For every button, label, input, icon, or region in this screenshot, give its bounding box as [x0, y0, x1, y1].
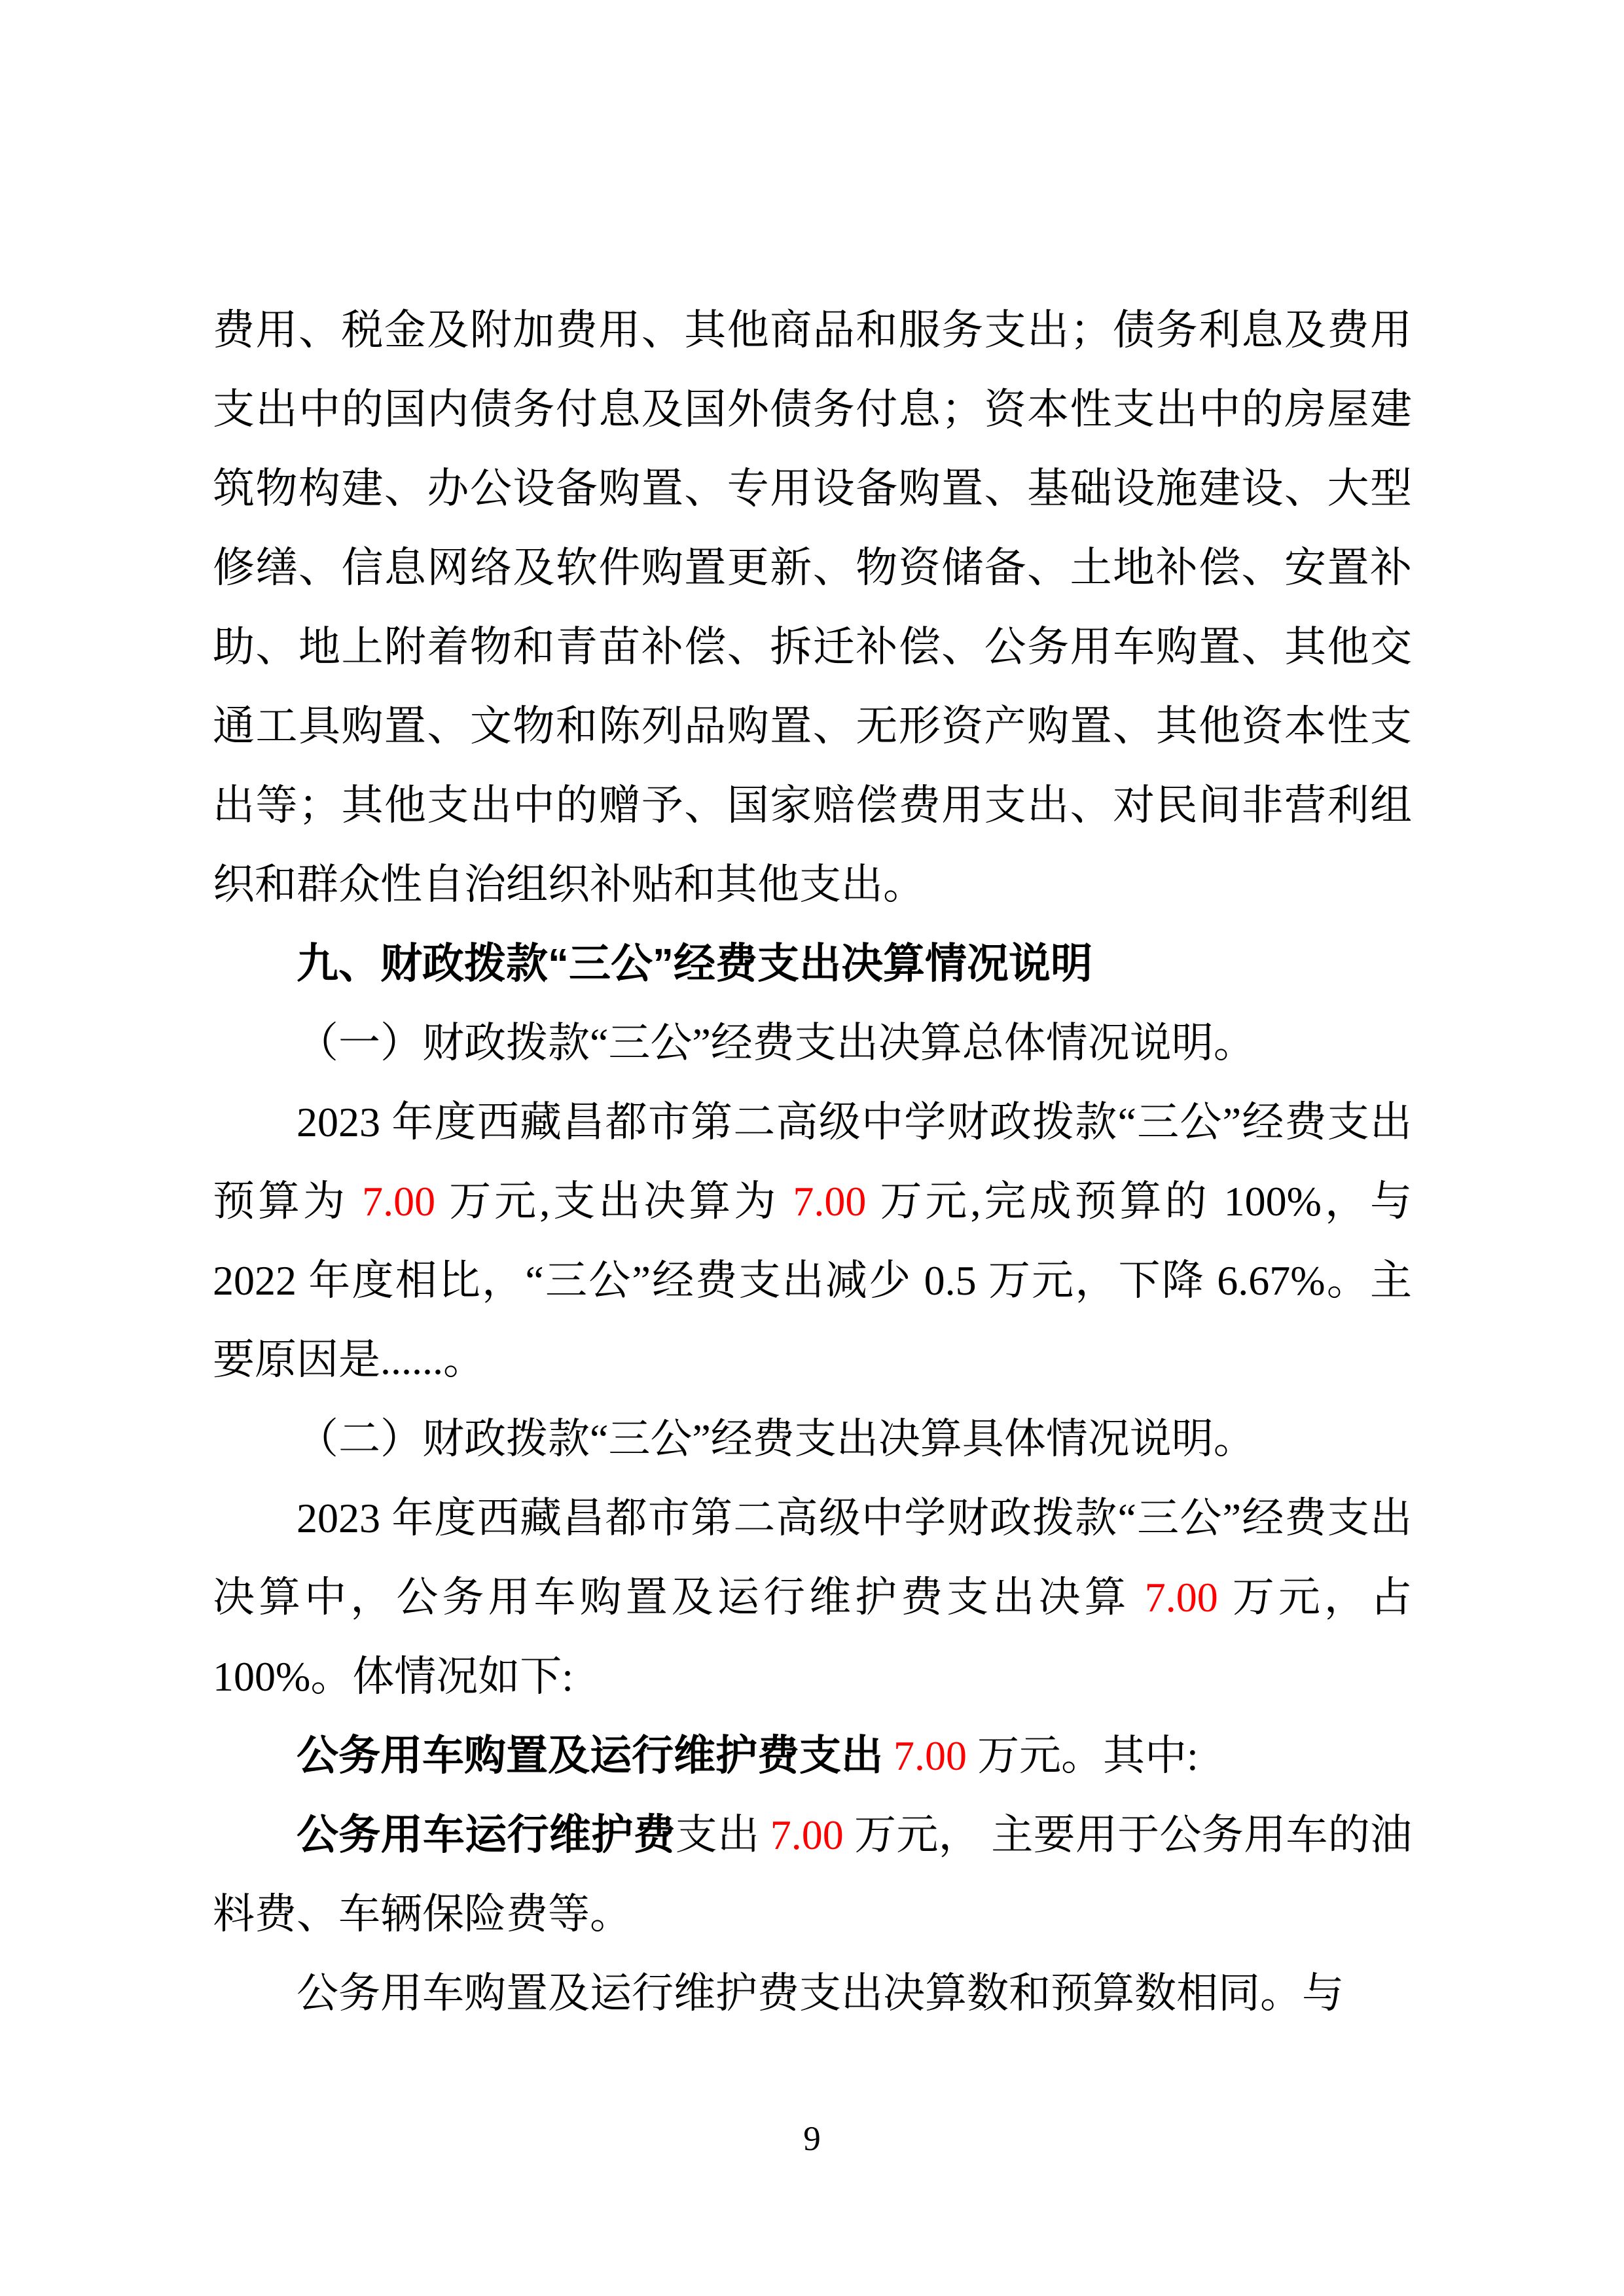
text-run: 万元。其中: — [967, 1732, 1199, 1779]
paragraph-vehicle-maintenance: 公务用车运行维护费支出 7.00 万元， 主要用于公务用车的油料费、车辆保险费等… — [213, 1795, 1412, 1954]
section-heading-nine: 九、财政拨款“三公”经费支出决算情况说明 — [213, 924, 1412, 1003]
final-amount-value: 7.00 — [793, 1178, 866, 1225]
paragraph-overall-explanation: 2023 年度西藏昌都市第二高级中学财政拨款“三公”经费支出预算为 7.00 万… — [213, 1083, 1412, 1399]
budget-amount-value: 7.00 — [362, 1178, 435, 1225]
vehicle-maintenance-lead: 公务用车运行维护费 — [297, 1812, 676, 1858]
document-body: 费用、税金及附加费用、其他商品和服务支出；债务利息及费用支出中的国内债务付息及国… — [213, 291, 1412, 2033]
text-run: 万元,支出决算为 — [435, 1178, 793, 1225]
vehicle-maintenance-value: 7.00 — [770, 1812, 844, 1858]
text-run: 支出 — [676, 1812, 770, 1858]
vehicle-expense-value: 7.00 — [1145, 1574, 1218, 1621]
document-page: 费用、税金及附加费用、其他商品和服务支出；债务利息及费用支出中的国内债务付息及国… — [0, 0, 1624, 2296]
paragraph-closing: 公务用车购置及运行维护费支出决算数和预算数相同。与 — [213, 1954, 1412, 2033]
page-number: 9 — [0, 2119, 1624, 2159]
subsection-two-title: （二）财政拨款“三公”经费支出决算具体情况说明。 — [213, 1399, 1412, 1479]
paragraph-vehicle-total: 公务用车购置及运行维护费支出 7.00 万元。其中: — [213, 1716, 1412, 1795]
vehicle-total-value: 7.00 — [893, 1732, 967, 1779]
vehicle-total-lead: 公务用车购置及运行维护费支出 — [297, 1732, 893, 1779]
subsection-one-title: （一）财政拨款“三公”经费支出决算总体情况说明。 — [213, 1003, 1412, 1083]
paragraph-specific-explanation: 2023 年度西藏昌都市第二高级中学财政拨款“三公”经费支出决算中，公务用车购置… — [213, 1479, 1412, 1716]
paragraph-expense-categories: 费用、税金及附加费用、其他商品和服务支出；债务利息及费用支出中的国内债务付息及国… — [213, 291, 1412, 924]
